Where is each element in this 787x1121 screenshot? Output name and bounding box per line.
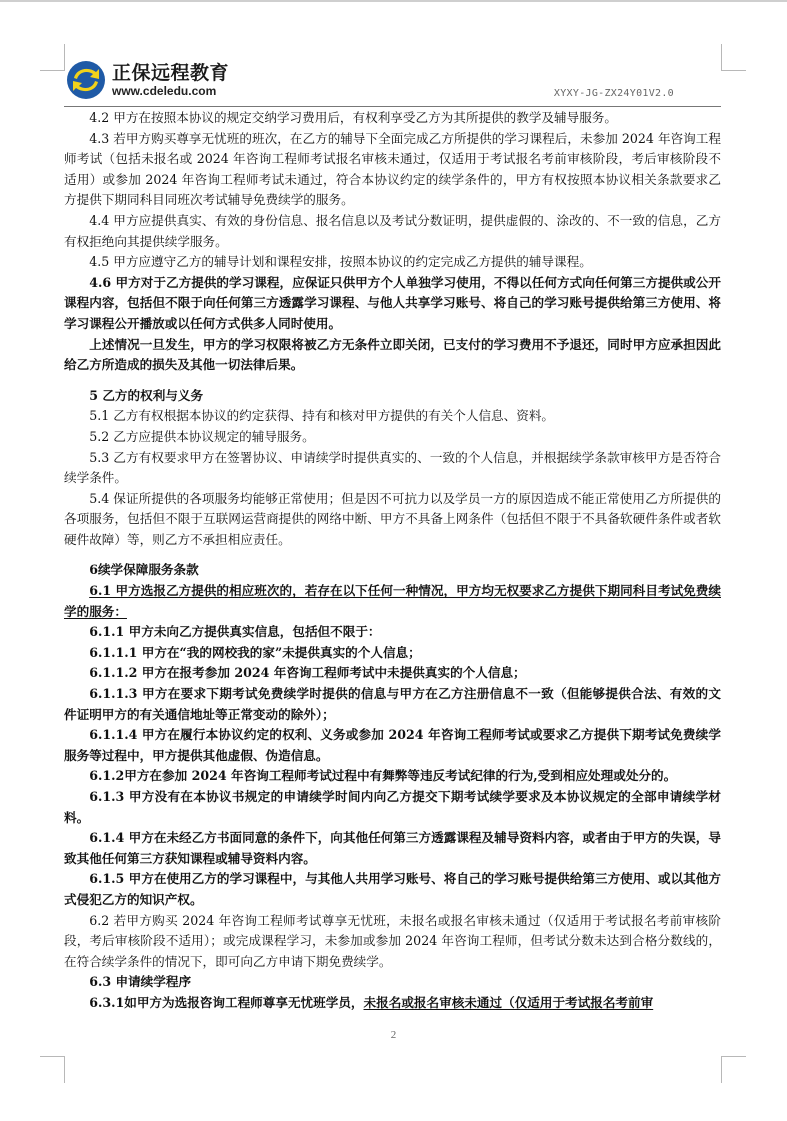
clause-6-1-1: 6.1.1 甲方未向乙方提供真实信息，包括但不限于： <box>64 622 721 643</box>
clause-6-1: 6.1 甲方选报乙方提供的相应班次的，若存在以下任何一种情况，甲方均无权要求乙方… <box>64 581 721 622</box>
section-6-heading: 6续学保障服务条款 <box>64 560 721 581</box>
clause-4-2: 4.2 甲方在按照本协议的规定交纳学习费用后，有权利享受乙方为其所提供的教学及辅… <box>64 108 721 129</box>
clause-4-6: 4.6 甲方对于乙方提供的学习课程，应保证只供甲方个人单独学习使用，不得以任何方… <box>64 273 721 335</box>
clause-6-2: 6.2 若甲方购买 2024 年咨询工程师考试尊享无忧班，未报名或报名审核未通过… <box>64 911 721 973</box>
section-5-heading: 5 乙方的权利与义务 <box>64 386 721 407</box>
clause-6-3-heading: 6.3 申请续学程序 <box>64 972 721 993</box>
document-code: XYXY-JG-ZX24Y01V2.0 <box>554 88 674 99</box>
clause-6-3-1-lead: 6.3.1如甲方为选报咨询工程师尊享无忧班学员， <box>89 995 363 1010</box>
page-header: 正保远程教育 www.cdeledu.com XYXY-JG-ZX24Y01V2… <box>64 56 721 107</box>
header-divider <box>64 106 721 107</box>
page-number: 2 <box>0 1029 787 1041</box>
clause-5-2: 5.2 乙方应提供本协议规定的辅导服务。 <box>64 427 721 448</box>
clause-4-4: 4.4 甲方应提供真实、有效的身份信息、报名信息以及考试分数证明，提供虚假的、涂… <box>64 211 721 252</box>
document-body: 4.2 甲方在按照本协议的规定交纳学习费用后，有权利享受乙方为其所提供的教学及辅… <box>64 108 721 1014</box>
clause-5-1: 5.1 乙方有权根据本协议的约定获得、持有和核对甲方提供的有关个人信息、资料。 <box>64 406 721 427</box>
clause-4-6-consequence: 上述情况一旦发生，甲方的学习权限将被乙方无条件立即关闭，已支付的学习费用不予退还… <box>64 335 721 376</box>
clause-6-1-1-4: 6.1.1.4 甲方在履行本协议约定的权利、义务或参加 2024 年咨询工程师考… <box>64 725 721 766</box>
brand-logo-icon <box>66 60 106 100</box>
page-top-edge <box>0 0 787 2</box>
brand-name: 正保远程教育 <box>112 62 229 84</box>
clause-6-1-5: 6.1.5 甲方在使用乙方的学习课程中，与其他人共用学习账号、将自己的学习账号提… <box>64 869 721 910</box>
clause-6-1-3: 6.1.3 甲方没有在本协议书规定的申请续学时间内向乙方提交下期考试续学要求及本… <box>64 787 721 828</box>
clause-6-3-1-underlined: 未报名或报名审核未通过（仅适用于考试报名考前审 <box>364 995 654 1010</box>
clause-6-1-2: 6.1.2甲方在参加 2024 年咨询工程师考试过程中有舞弊等违反考试纪律的行为… <box>64 766 721 787</box>
clause-6-1-1-1: 6.1.1.1 甲方在“我的网校我的家”未提供真实的个人信息； <box>64 643 721 664</box>
clause-6-3-1: 6.3.1如甲方为选报咨询工程师尊享无忧班学员，未报名或报名审核未通过（仅适用于… <box>64 993 721 1014</box>
crop-mark-top-left <box>40 44 65 71</box>
crop-mark-bottom-right <box>721 1056 746 1083</box>
clause-4-3: 4.3 若甲方购买尊享无忧班的班次，在乙方的辅导下全面完成乙方所提供的学习课程后… <box>64 129 721 211</box>
document-page: 正保远程教育 www.cdeledu.com XYXY-JG-ZX24Y01V2… <box>0 0 787 1121</box>
crop-mark-top-right <box>721 44 746 71</box>
clause-5-4: 5.4 保证所提供的各项服务均能够正常使用；但是因不可抗力以及学员一方的原因造成… <box>64 489 721 551</box>
crop-mark-bottom-left <box>40 1056 65 1083</box>
brand-url: www.cdeledu.com <box>112 84 216 98</box>
clause-4-5: 4.5 甲方应遵守乙方的辅导计划和课程安排，按照本协议的约定完成乙方提供的辅导课… <box>64 252 721 273</box>
clause-6-1-1-2: 6.1.1.2 甲方在报考参加 2024 年咨询工程师考试中未提供真实的个人信息… <box>64 663 721 684</box>
clause-6-1-1-3: 6.1.1.3 甲方在要求下期考试免费续学时提供的信息与甲方在乙方注册信息不一致… <box>64 684 721 725</box>
clause-5-3: 5.3 乙方有权要求甲方在签署协议、申请续学时提供真实的、一致的个人信息，并根据… <box>64 448 721 489</box>
clause-6-1-4: 6.1.4 甲方在未经乙方书面同意的条件下，向其他任何第三方透露课程及辅导资料内… <box>64 828 721 869</box>
